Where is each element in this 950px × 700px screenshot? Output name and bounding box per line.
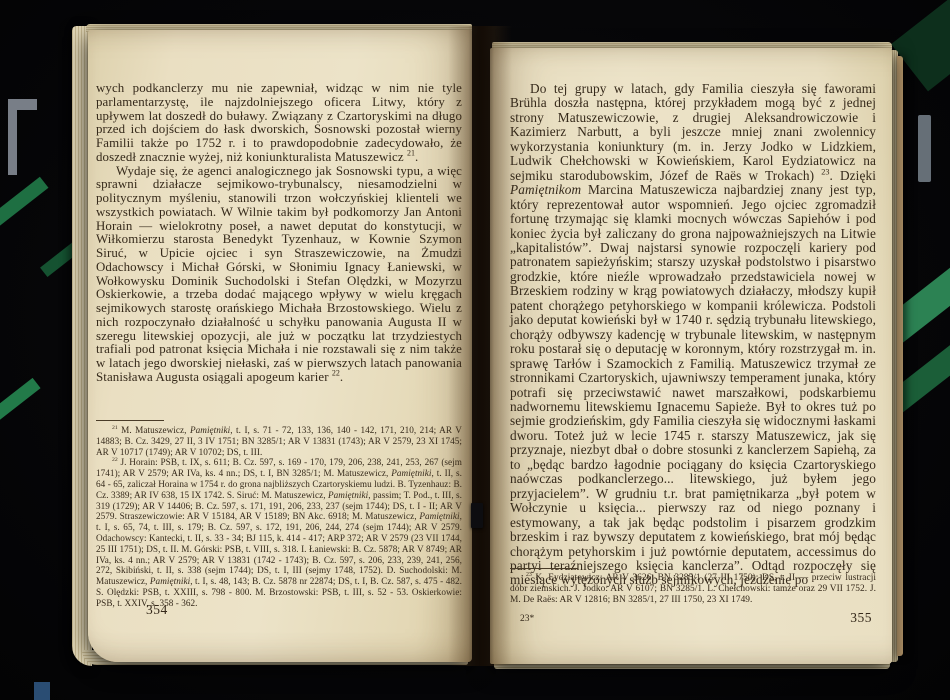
paragraph: wych podkanclerzy mu nie zapewniał, widz… xyxy=(96,82,462,165)
right-page-footnotes: 23 K. Eydziatowicz: AR V 3626; BN 3285/1… xyxy=(510,568,876,607)
bookmark-ribbon xyxy=(471,503,483,528)
background-green-stripe xyxy=(0,378,41,431)
signature-mark: 23* xyxy=(520,614,534,624)
page-number-right: 355 xyxy=(850,610,872,626)
right-page-body-text: Do tej grupy w latach, gdy Familia ciesz… xyxy=(510,82,876,588)
background-green-stripe xyxy=(0,177,48,234)
gutter-shadow xyxy=(448,26,512,666)
right-page: Do tej grupy w latach, gdy Familia ciesz… xyxy=(490,48,892,664)
left-page-footnotes: 21 M. Matuszewicz, Pamiętniki, t. I, s. … xyxy=(96,420,462,609)
footnote-21: 21 M. Matuszewicz, Pamiętniki, t. I, s. … xyxy=(96,425,462,457)
footnote-23: 23 K. Eydziatowicz: AR V 3626; BN 3285/1… xyxy=(510,573,876,607)
footnote-rule xyxy=(510,568,578,569)
paragraph: Do tej grupy w latach, gdy Familia ciesz… xyxy=(510,82,876,588)
background-gray-bracket-shape xyxy=(8,99,37,175)
book-photo-scene: wych podkanclerzy mu nie zapewniał, widz… xyxy=(0,0,950,700)
left-page: wych podkanclerzy mu nie zapewniał, widz… xyxy=(88,30,472,662)
footnote-rule xyxy=(96,420,164,421)
background-gray-tab-shape xyxy=(918,115,931,182)
footnote-22: 22 J. Horain: PSB, t. IX, s. 611; B. Cz.… xyxy=(96,457,462,608)
background-blue-strip xyxy=(34,682,50,700)
book-cover-edge xyxy=(897,56,903,656)
paragraph: Wydaje się, że agenci analogicznego jak … xyxy=(96,165,462,385)
left-page-body-text: wych podkanclerzy mu nie zapewniał, widz… xyxy=(96,82,462,385)
page-number-left: 354 xyxy=(146,602,168,618)
